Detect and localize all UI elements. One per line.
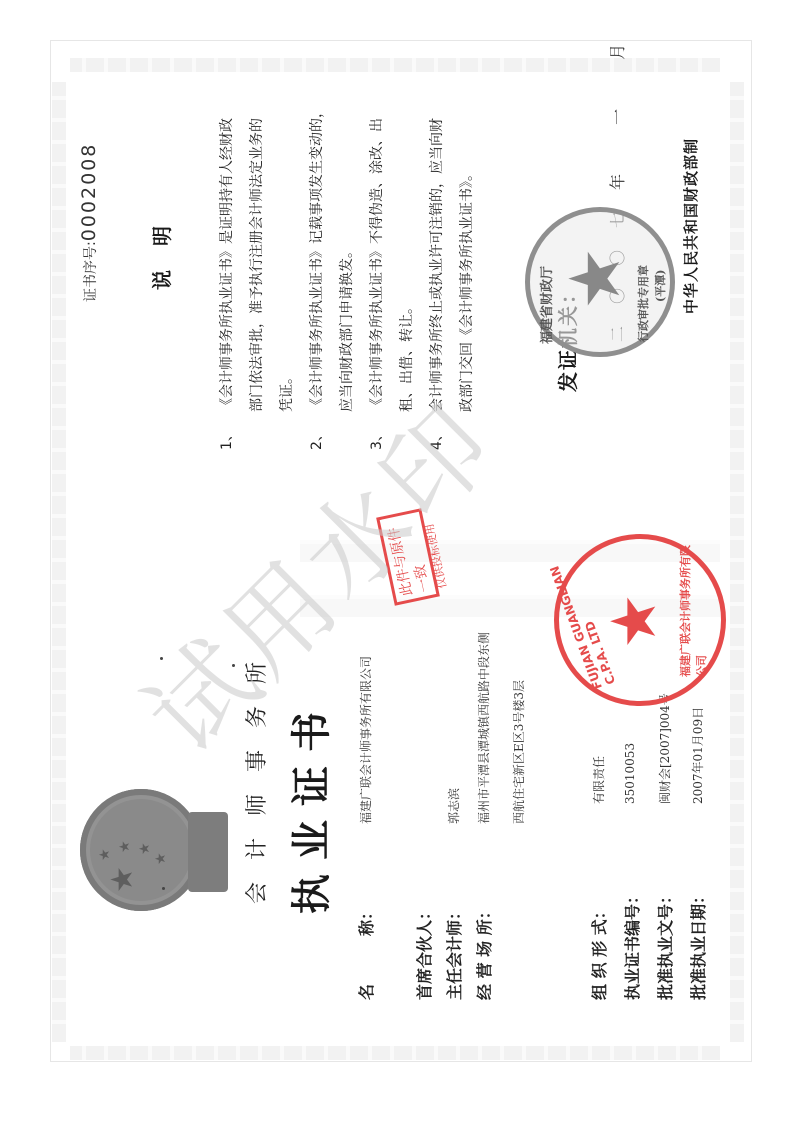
note-item: 1、《会计师事务所执业证书》是证明持有人经财政部门依法审批，准予执行注册会计师法… [212, 70, 302, 450]
national-emblem: ★ ★ ★ ★ ★ [80, 789, 202, 911]
field-value: 西航住宅新区E区3号楼3层 [510, 680, 527, 824]
field-value: 郭志滨 [445, 788, 462, 824]
star-icon: ★ [118, 840, 132, 853]
field-value: 有限责任 [590, 756, 607, 804]
firm-seal: ★ FUJIAN GUANGLIAN C.P.A. LTD 福建广联会计师事务所… [554, 534, 726, 706]
star-icon: ★ [603, 593, 665, 649]
note-line: 政部门交回《会计师事务所执业证书》。 [452, 70, 482, 412]
serial-value: 0002008 [78, 143, 100, 242]
star-icon: ★ [560, 247, 630, 310]
field-label: 经 营 场 所： [472, 903, 495, 1000]
field-value: 闽财会[2007]004号 [656, 693, 673, 804]
scan-speck [232, 664, 235, 667]
serial-number: 证书序号:0002008 [78, 143, 100, 302]
field-label: 主任会计师： [442, 904, 465, 1000]
field-label: 名 称： [354, 904, 377, 1000]
field-value: 2007年01月09日 [689, 707, 706, 804]
scan-speck [160, 657, 163, 660]
field-label: 批准执业日期： [686, 888, 709, 1000]
field-label: 批准执业文号： [653, 888, 676, 1000]
seal-text: (平潭) [652, 270, 668, 302]
seal-text: 福建省财政厅 [536, 266, 555, 344]
note-line: 部门依法审批，准予执行注册会计师法定业务的 [242, 70, 272, 412]
seal-text: 行政审批专用章 [635, 265, 651, 342]
certificate-page: 证书序号:0002008 说明 1、《会计师事务所执业证书》是证明持有人经财政部… [0, 0, 794, 1122]
field-label: 组 织 形 式： [587, 903, 610, 1000]
note-number: 2、 [302, 427, 332, 450]
field-label: 首席合伙人： [412, 904, 435, 1000]
star-icon: ★ [108, 866, 138, 893]
star-icon: ★ [154, 852, 168, 865]
border-pattern [52, 82, 66, 1042]
note-line: 《会计师事务所执业证书》是证明持有人经财政 [212, 70, 242, 412]
note-number: 1、 [212, 427, 242, 450]
star-icon: ★ [98, 848, 112, 861]
note-line: 应当向财政部门申请换发。 [332, 70, 362, 412]
star-icon: ★ [138, 842, 152, 855]
document-title: 执业证书 [280, 698, 337, 914]
serial-label: 证书序号: [83, 241, 99, 302]
note-line: 《会计师事务所执业证书》不得伪造、涂改、出 [362, 70, 392, 412]
note-item: 2、《会计师事务所执业证书》记载事项发生变动的，应当向财政部门申请换发。 [302, 70, 362, 450]
field-value: 福建广联会计师事务所有限公司 [357, 656, 374, 824]
field-value: 35010053 [623, 743, 637, 804]
issuer-seal: ★ 福建省财政厅 行政审批专用章 (平潭) [525, 207, 675, 357]
note-line: 《会计师事务所执业证书》记载事项发生变动的， [302, 70, 332, 412]
seal-inner-text: 福建广联会计师事务所有限公司 [677, 539, 709, 677]
scan-speck [162, 887, 165, 890]
note-line: 凭证。 [272, 70, 302, 412]
field-label: 执业证书编号： [620, 888, 643, 1000]
note-line: 会计师事务所终止或执业许可注销的，应当向财 [422, 70, 452, 412]
notes-title: 说明 [146, 202, 175, 290]
maker: 中华人民共和国财政部制 [680, 138, 701, 314]
note-line: 租、出借、转让。 [392, 70, 422, 412]
field-value: 福州市平潭县潭城镇西航路中段东侧 [475, 632, 492, 824]
emblem-base [188, 812, 228, 892]
border-pattern [70, 1046, 720, 1060]
border-pattern [730, 82, 744, 1042]
